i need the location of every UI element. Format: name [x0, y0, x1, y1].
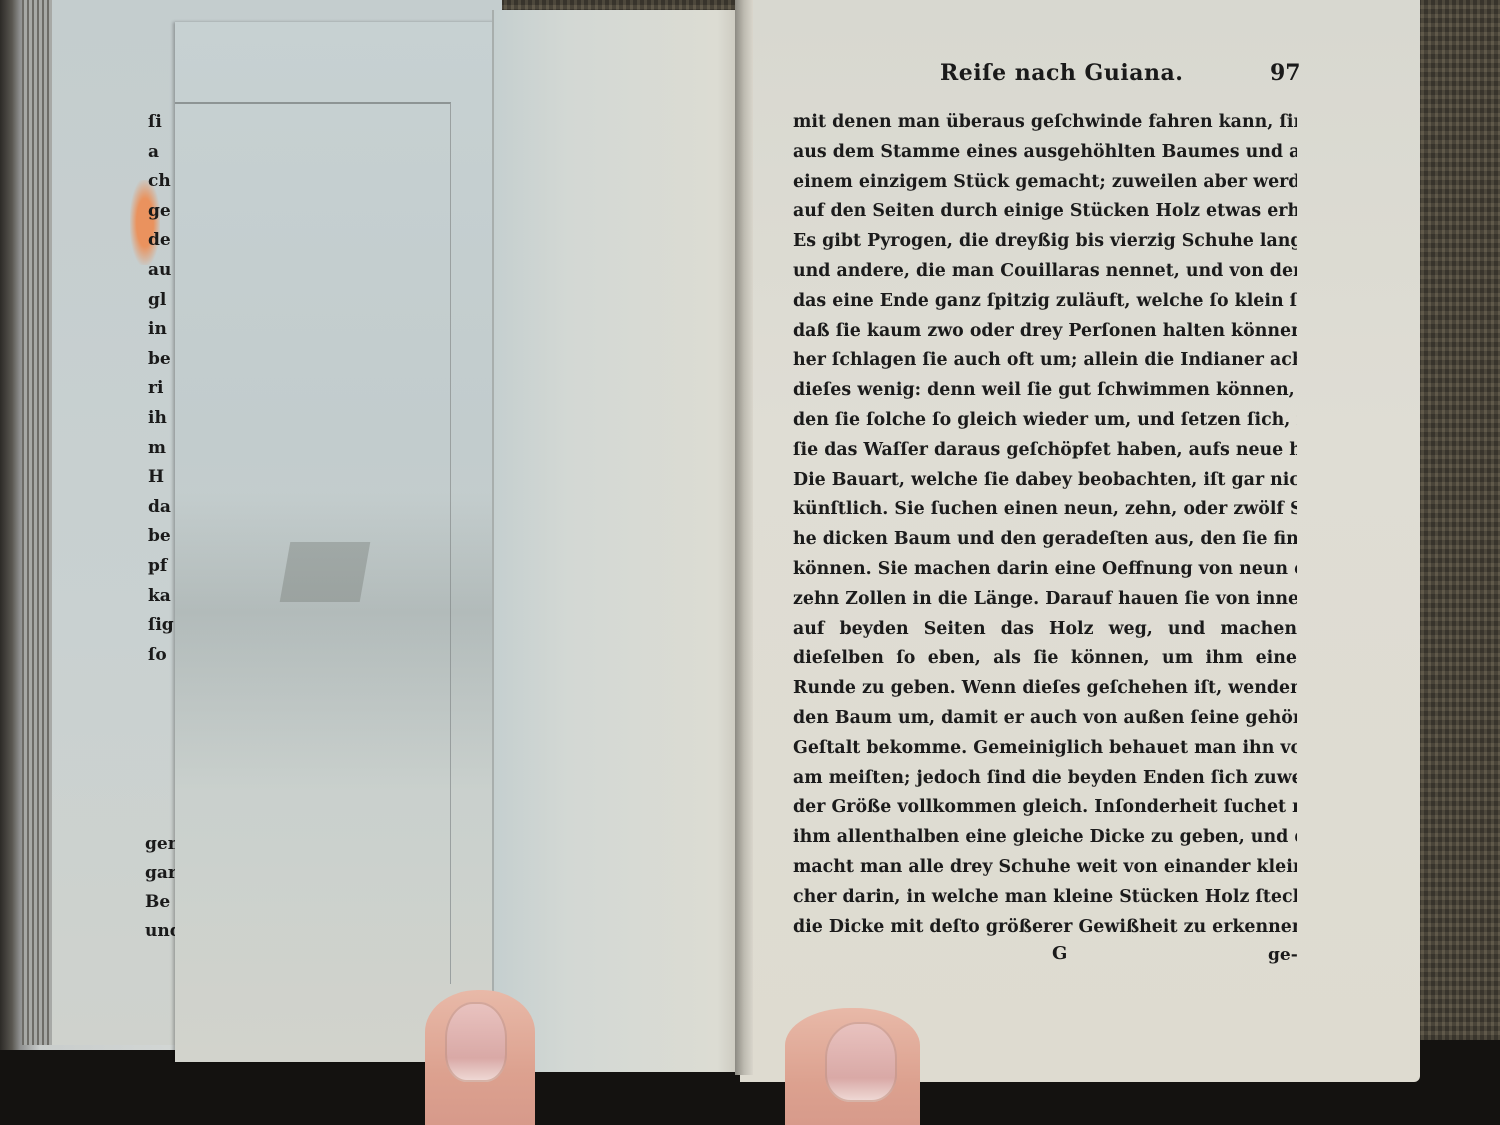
text-line: cher darin, in welche man kleine Stücken…: [793, 883, 1297, 913]
text-line: und andere, die man Couillaras nennet, u…: [793, 257, 1297, 287]
text-line: Geſtalt bekomme. Gemeiniglich behauet ma…: [793, 734, 1297, 764]
page-edges: [22, 0, 52, 1045]
text-line: he dicken Baum und den geradeſten aus, d…: [793, 525, 1297, 555]
text-line: ihm allenthalben eine gleiche Dicke zu g…: [793, 823, 1297, 853]
catchword: ge-: [1268, 945, 1298, 965]
text-line: können. Sie machen darin eine Oeffnung v…: [793, 555, 1297, 585]
text-line: auf beyden Seiten das Holz weg, und mach…: [793, 615, 1297, 645]
text-line: dieſelben ſo eben, als ſie können, um ih…: [793, 644, 1297, 674]
text-line: auf den Seiten durch einige Stücken Holz…: [793, 197, 1297, 227]
text-line: mit denen man überaus geſchwinde fahren …: [793, 108, 1297, 138]
left-thumb: [425, 990, 535, 1125]
text-line: Runde zu geben. Wenn dieſes geſchehen iſ…: [793, 674, 1297, 704]
text-line: den ſie ſolche ſo gleich wieder um, und …: [793, 406, 1297, 436]
text-line: dieſes wenig: denn weil ſie gut ſchwimme…: [793, 376, 1297, 406]
faint-engraving-showthrough: [280, 542, 371, 602]
folded-plate-flap: [492, 10, 742, 1072]
text-line: künſtlich. Sie ſuchen einen neun, zehn, …: [793, 495, 1297, 525]
signature-mark: G: [1052, 943, 1067, 964]
text-line: her ſchlagen ſie auch oft um; allein die…: [793, 346, 1297, 376]
page-number: 97: [1270, 60, 1301, 86]
text-line: am meiſten; jedoch ſind die beyden Enden…: [793, 764, 1297, 794]
plate-shadow: [175, 492, 500, 792]
text-line: einem einzigem Stück gemacht; zuweilen a…: [793, 168, 1297, 198]
text-line: Es gibt Pyrogen, die dreyßig bis vierzig…: [793, 227, 1297, 257]
text-line: die Dicke mit deſto größerer Gewißheit z…: [793, 913, 1297, 943]
book-gutter: [735, 0, 753, 1075]
folded-plate: [175, 22, 500, 1062]
text-line: aus dem Stamme eines ausgehöhlten Baumes…: [793, 138, 1297, 168]
body-text: mit denen man überaus geſchwinde fahren …: [793, 108, 1297, 942]
text-line: zehn Zollen in die Länge. Darauf hauen ſ…: [793, 585, 1297, 615]
text-line: der Größe vollkommen gleich. Inſonderhei…: [793, 793, 1297, 823]
text-line: das eine Ende ganz ſpitzig zuläuft, welc…: [793, 287, 1297, 317]
right-thumb: [785, 1008, 920, 1125]
text-line: den Baum um, damit er auch von außen ſei…: [793, 704, 1297, 734]
text-line: Die Bauart, welche ſie dabey beobachten,…: [793, 466, 1297, 496]
running-head: Reiſe nach Guiana.: [940, 60, 1183, 86]
text-line: macht man alle drey Schuhe weit von eina…: [793, 853, 1297, 883]
text-line: ſie das Waſſer daraus geſchöpfet haben, …: [793, 436, 1297, 466]
text-line: daß ſie kaum zwo oder drey Perſonen halt…: [793, 317, 1297, 347]
thumbnail: [825, 1022, 897, 1102]
thumbnail: [445, 1002, 507, 1082]
